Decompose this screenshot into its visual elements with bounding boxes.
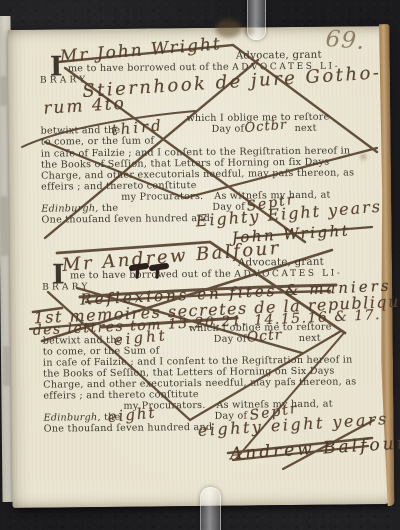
printed-line: Charge, and other executorials needful, …: [41, 168, 354, 181]
printed-line: Advocate, grant: [236, 51, 322, 62]
struck-signature: Andrew Balfour: [229, 433, 400, 464]
printed-smallcaps: ADVOCATES LI-: [234, 268, 342, 279]
photo-background: 69. Mr John Wright I Advocate, grant me …: [0, 0, 400, 530]
printed-text: Edinburgh,: [41, 203, 98, 215]
handwritten-return-month: Octr: [246, 327, 283, 346]
glass-clamp-top: [247, 0, 266, 40]
bleedthrough-mark: [0, 76, 6, 106]
printed-line: Advocate, grant: [238, 258, 324, 269]
printed-line: my Procurators.: [121, 192, 203, 203]
handwritten-book-title: rum 4to: [43, 94, 127, 119]
printed-text: Edinburgh,: [44, 412, 101, 424]
printed-text: the: [102, 203, 119, 214]
printed-line: Day of: [214, 335, 247, 345]
printed-line: next: [295, 124, 317, 134]
book-page: 69. Mr John Wright I Advocate, grant me …: [8, 26, 391, 508]
handwritten-return-month: Octbr: [244, 118, 288, 136]
printed-line: One thouſand ſeven hundred and: [44, 423, 213, 435]
printed-line: me to have borrowed out of the ADVOCATES…: [70, 268, 343, 281]
bleedthrough-mark: [3, 346, 9, 386]
printed-line: One thouſand ſeven hundred and: [41, 214, 210, 226]
printed-text: me to have borrowed out of the: [70, 269, 231, 282]
foxing-spot: [361, 154, 366, 159]
printed-line: next: [299, 334, 321, 344]
printed-line: Day of: [212, 125, 245, 135]
page-number: 69.: [325, 26, 366, 55]
glass-clamp-bottom: [200, 487, 221, 530]
printed-line: Charge, and other executorials needful, …: [43, 377, 356, 390]
printed-line: to come, or the ſum of: [41, 136, 155, 147]
bleedthrough-mark: [0, 196, 8, 256]
